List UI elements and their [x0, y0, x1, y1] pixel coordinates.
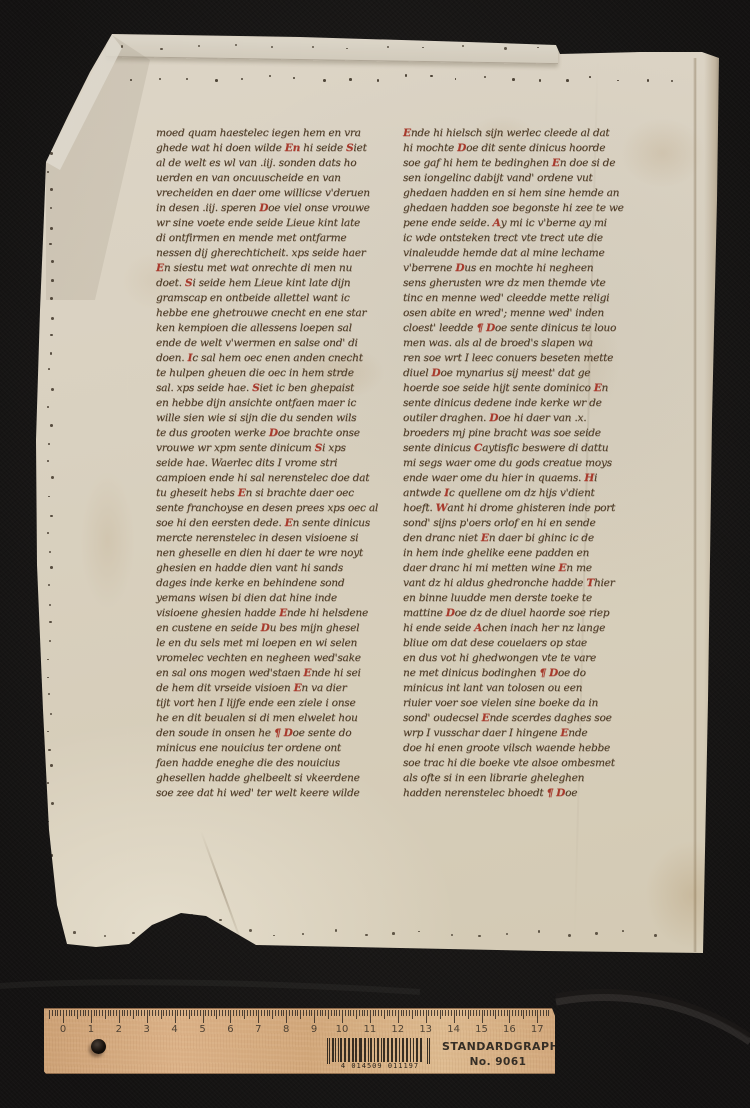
ruler-tick [250, 1010, 251, 1016]
prick-hole [49, 640, 51, 642]
prick-hole [392, 932, 395, 935]
ruler-tick [431, 1010, 432, 1016]
text-line: wrp I vusschar daer I hingene Ende [403, 726, 647, 741]
ruler-tick [124, 1010, 125, 1016]
text-line: osen abite en wred'; menne wed' inden [403, 306, 647, 321]
ruler-tick [548, 1010, 549, 1016]
prick-hole [50, 764, 53, 767]
ruler-tick [214, 1010, 215, 1016]
text-line: te hulpen gheuen die oec in hem strde [156, 366, 398, 381]
ruler-tick [85, 1010, 86, 1016]
prick-hole [159, 78, 161, 80]
barcode-bar [368, 1038, 369, 1062]
prick-hole [293, 77, 295, 79]
ruler-tick [77, 1010, 78, 1019]
prick-hole [47, 731, 49, 733]
prick-hole [647, 79, 650, 82]
ruler-tick [258, 1010, 259, 1023]
ruler-tick [96, 1010, 97, 1016]
text-line: minicus ene nouicius ter ordene ont [156, 741, 398, 756]
text-line: le en du sels met mi loepen en wi selen [156, 636, 398, 651]
ruler-tick [456, 1010, 457, 1016]
barcode-bar [416, 1038, 418, 1062]
model-label: No. 9061 [442, 1056, 554, 1068]
prick-hole [132, 932, 135, 935]
ruler-tick [83, 1010, 84, 1016]
text-line: sond' oudecsel Ende scerdes daghes soe [403, 711, 647, 726]
barcode-bar [391, 1038, 393, 1062]
barcode-bar [395, 1038, 397, 1062]
manuscript-page: moed quam haestelec iegen hem en vraghed… [0, 0, 750, 1108]
ruler-tick [345, 1010, 346, 1016]
prick-hole [455, 78, 457, 80]
barcode-bar [355, 1038, 357, 1062]
ruler-tick [155, 1010, 156, 1016]
text-column-left: moed quam haestelec iegen hem en vraghed… [156, 126, 398, 801]
ruler-tick [509, 1010, 510, 1023]
ruler-tick [127, 1010, 128, 1016]
brand-label: STANDARDGRAPH [442, 1040, 554, 1053]
ruler-tick [216, 1010, 217, 1019]
prick-hole [48, 584, 50, 586]
text-line: wille sien wie si sijn die du senden wil… [156, 411, 398, 426]
prick-hole [49, 604, 51, 606]
ruler-number: 11 [360, 1024, 380, 1035]
ruler-tick [283, 1010, 284, 1016]
prick-hole [50, 334, 53, 337]
text-line: vinaleudde hemde dat al mine lechame [403, 246, 647, 261]
ruler: 01234567891011121314151617 4 014509 0111… [44, 1008, 555, 1074]
ruler-tick [169, 1010, 170, 1016]
ruler-tick [523, 1010, 524, 1019]
ruler-number: 13 [416, 1024, 436, 1035]
text-line: daer dranc hi mi metten wine En me [403, 561, 647, 576]
ruler-tick [102, 1010, 103, 1016]
ruler-tick [91, 1010, 92, 1023]
ruler-tick [233, 1010, 234, 1016]
text-line: sente dinicus dedene inde kerke wr de [403, 396, 647, 411]
barcode-bar [383, 1038, 385, 1062]
text-line: hoeft. Want hi drome ghisteren inde port [403, 501, 647, 516]
prick-hole [430, 75, 433, 78]
ruler-tick [501, 1010, 502, 1016]
ruler-tick [166, 1010, 167, 1016]
ruler-tick [409, 1010, 410, 1016]
barcode-bar [340, 1038, 342, 1062]
text-line: dages inde kerke en behindene sond [156, 576, 398, 591]
prick-hole [219, 919, 222, 922]
text-line: hadden nerenstelec bhoedt ¶ Doe [403, 786, 647, 801]
ruler-tick [389, 1010, 390, 1016]
text-line: hoerde soe seide hijt sente dominico En [403, 381, 647, 396]
ruler-tick [521, 1010, 522, 1016]
ruler-tick [136, 1010, 137, 1016]
text-line: als ofte si in een librarie gheleghen [403, 771, 647, 786]
ruler-tick [384, 1010, 385, 1019]
barcode-bar [327, 1038, 328, 1064]
prick-hole [48, 749, 50, 751]
prick-hole [49, 243, 51, 245]
prick-hole [186, 78, 188, 80]
ruler-tick [417, 1010, 418, 1016]
ruler-tick [381, 1010, 382, 1016]
text-line: cloest' leedde ¶ Doe sente dinicus te lo… [403, 321, 647, 336]
prick-hole [51, 279, 54, 282]
prick-hole [47, 659, 49, 661]
ruler-tick [99, 1010, 100, 1016]
ruler-tick [55, 1010, 56, 1016]
ruler-number: 2 [109, 1024, 129, 1035]
prick-hole [50, 713, 52, 715]
ruler-tick [442, 1010, 443, 1016]
text-line: uerden en van oncuuscheide en van [156, 171, 398, 186]
text-line: vrecheiden en daer ome willicse v'deruen [156, 186, 398, 201]
ruler-tick [141, 1010, 142, 1016]
text-line: riuier voer soe vielen sine boeke da in [403, 696, 647, 711]
text-line: en sal ons mogen wed'staen Ende hi sei [156, 666, 398, 681]
ruler-tick [264, 1010, 265, 1016]
ruler-number: 7 [248, 1024, 268, 1035]
text-line: bliue om dat dese couelaers op stae [403, 636, 647, 651]
ruler-tick [253, 1010, 254, 1016]
ruler-tick [535, 1010, 536, 1016]
ruler-tick [322, 1010, 323, 1016]
ruler-number: 0 [53, 1024, 73, 1035]
prick-hole [335, 929, 338, 932]
ruler-tick [149, 1010, 150, 1016]
prick-hole [47, 171, 49, 173]
ruler-tick [454, 1010, 455, 1023]
text-line: sens gherusten wre dz men themde vte [403, 276, 647, 291]
ruler-tick [342, 1010, 343, 1023]
ruler-tick [440, 1010, 441, 1019]
prick-hole [51, 317, 54, 320]
text-line: mattine Doe dz de diuel haorde soe riep [403, 606, 647, 621]
ruler-tick [518, 1010, 519, 1016]
ruler-tick [356, 1010, 357, 1019]
ruler-tick [412, 1010, 413, 1019]
ruler-tick [119, 1010, 120, 1023]
text-line: ne met dinicus bodinghen ¶ Doe do [403, 666, 647, 681]
ruler-tick [479, 1010, 480, 1016]
text-line: nen gheselle en dien hi daer te wre noyt [156, 546, 398, 561]
text-line: men was. als al de broed's slapen wa [403, 336, 647, 351]
text-line: en hebbe dijn ansichte ontfaen maer ic [156, 396, 398, 411]
prick-hole [512, 78, 515, 81]
text-column-right: Ende hi hielsch sijn werlec cleede al da… [403, 126, 647, 801]
prick-hole [377, 79, 380, 82]
prick-hole [537, 47, 539, 49]
barcode-bar [344, 1038, 346, 1062]
text-line: den soude in onsen he ¶ Doe sente do [156, 726, 398, 741]
prick-hole [538, 930, 541, 933]
stain [80, 470, 135, 610]
prick-hole [271, 46, 273, 48]
photo-stage: moed quam haestelec iegen hem en vraghed… [0, 0, 750, 1108]
prick-hole [50, 297, 53, 300]
ruler-tick [334, 1010, 335, 1016]
prick-hole [346, 48, 348, 50]
ruler-tick [364, 1010, 365, 1016]
prick-hole [48, 368, 50, 370]
text-line: tijt vort hen I lijfe ende een ziele i o… [156, 696, 398, 711]
ruler-tick [423, 1010, 424, 1016]
prick-hole [50, 515, 53, 518]
text-line: en dus vot hi ghedwongen vte te vare [403, 651, 647, 666]
prick-hole [50, 352, 53, 355]
ruler-tick [512, 1010, 513, 1016]
gutter-crease [693, 58, 697, 952]
ruler-tick [163, 1010, 164, 1016]
text-line: faen hadde eneghe die des nouicius [156, 756, 398, 771]
text-line: pene ende seide. Ay mi ic v'berne ay mi [403, 216, 647, 231]
ruler-tick [278, 1010, 279, 1016]
text-line: vrouwe wr xpm sente dinicum Si xps [156, 441, 398, 456]
prick-hole [312, 46, 314, 48]
ruler-tick [350, 1010, 351, 1016]
barcode-bar [359, 1038, 362, 1062]
ruler-tick [247, 1010, 248, 1016]
prick-hole [47, 460, 49, 462]
ruler-tick [108, 1010, 109, 1016]
ruler-tick [331, 1010, 332, 1016]
text-line: di ontfirmen en mende met ontfarme [156, 231, 398, 246]
ruler-tick [448, 1010, 449, 1016]
prick-hole [349, 78, 352, 81]
ruler-tick [529, 1010, 530, 1016]
prick-hole [48, 496, 50, 498]
ruler-tick [336, 1010, 337, 1016]
prick-hole [47, 406, 49, 408]
ruler-tick [378, 1010, 379, 1016]
ruler-number: 14 [444, 1024, 464, 1035]
ruler-tick [289, 1010, 290, 1016]
prick-hole [50, 188, 53, 191]
ruler-tick [339, 1010, 340, 1016]
text-line: doe hi enen groote vilsch waende hebbe [403, 741, 647, 756]
prick-hole [506, 933, 508, 935]
ruler-tick [398, 1010, 399, 1023]
ruler-number: 10 [332, 1024, 352, 1035]
ruler-tick [370, 1010, 371, 1023]
ruler-tick [52, 1010, 53, 1016]
prick-hole [539, 79, 542, 82]
text-line: gramscap en ontbeide allettel want ic [156, 291, 398, 306]
text-line: mi segs waer ome du gods creatue moys [403, 456, 647, 471]
ruler-tick [219, 1010, 220, 1016]
prick-hole [654, 934, 657, 937]
prick-hole [73, 931, 76, 934]
ruler-tick [362, 1010, 363, 1016]
ruler-number: 8 [276, 1024, 296, 1035]
prick-hole [422, 47, 424, 49]
prick-hole [121, 45, 123, 47]
prick-hole [323, 79, 326, 82]
ruler-tick [359, 1010, 360, 1016]
text-line: wr sine voete ende seide Lieue kint late [156, 216, 398, 231]
ruler-tick [211, 1010, 212, 1016]
prick-hole [622, 930, 624, 932]
barcode-digits: 4 014509 011197 [320, 1062, 440, 1070]
ruler-tick [317, 1010, 318, 1016]
ruler-tick [295, 1010, 296, 1016]
barcode-bar [413, 1038, 414, 1062]
text-line: te dus grooten werke Doe brachte onse [156, 426, 398, 441]
text-line: doen. Ic sal hem oec enen anden cnecht [156, 351, 398, 366]
barcode-bar [387, 1038, 389, 1062]
text-line: minicus int lant van tolosen ou een [403, 681, 647, 696]
ruler-tick [88, 1010, 89, 1016]
ruler-tick [161, 1010, 162, 1019]
ruler-tick [244, 1010, 245, 1019]
prick-hole [51, 388, 54, 391]
ruler-tick [311, 1010, 312, 1016]
prick-hole [50, 566, 53, 569]
ruler-tick [537, 1010, 538, 1023]
prick-hole [462, 45, 464, 47]
prick-hole [405, 74, 408, 77]
barcode-bar [332, 1038, 334, 1062]
barcode-bar [377, 1038, 379, 1062]
barcode-bar [399, 1038, 400, 1062]
prick-hole [504, 47, 507, 50]
ruler-tick [275, 1010, 276, 1016]
barcode-bar [348, 1038, 350, 1062]
prick-hole [50, 227, 53, 230]
prick-hole [160, 48, 163, 51]
ruler-tick [60, 1010, 61, 1016]
ruler-tick [116, 1010, 117, 1016]
ruler-tick [395, 1010, 396, 1016]
ruler-tick [406, 1010, 407, 1016]
prick-hole [130, 79, 132, 81]
ruler-tick [292, 1010, 293, 1016]
ruler-tick [183, 1010, 184, 1016]
prick-hole [671, 80, 673, 82]
text-line: broeders mj pine bracht was soe seide [403, 426, 647, 441]
ruler-tick [504, 1010, 505, 1016]
ruler-tick [325, 1010, 326, 1016]
text-line: soe zee dat hi wed' ter welt keere wilde [156, 786, 398, 801]
ruler-tick [63, 1010, 64, 1023]
ruler-tick [175, 1010, 176, 1023]
prick-hole [47, 782, 49, 784]
ruler-number: 4 [165, 1024, 185, 1035]
ruler-tick [267, 1010, 268, 1016]
ruler-number: 5 [193, 1024, 213, 1035]
text-line: ic wde ontsteken trect vte trect ute die [403, 231, 647, 246]
text-line: soe hi den eersten dede. En sente dinicu… [156, 516, 398, 531]
text-line: in hem inde ghelike eene padden en [403, 546, 647, 561]
ruler-tick [80, 1010, 81, 1016]
text-line: sente franchoyse en desen prees xps oec … [156, 501, 398, 516]
prick-hole [51, 476, 54, 479]
prick-hole [47, 532, 49, 534]
text-line: tu gheseit hebs En si brachte daer oec [156, 486, 398, 501]
text-line: ghedaen hadden soe begonste hi zee te we [403, 201, 647, 216]
ruler-tick [286, 1010, 287, 1023]
ruler-tick [437, 1010, 438, 1016]
ruler-tick [189, 1010, 190, 1019]
text-line: seide hae. Waerlec dits I vrome stri [156, 456, 398, 471]
ruler-tick [242, 1010, 243, 1016]
ruler-tick [306, 1010, 307, 1016]
ruler-tick [194, 1010, 195, 1016]
ruler-number: 9 [304, 1024, 324, 1035]
ruler-tick [373, 1010, 374, 1016]
text-line: ghede wat hi doen wilde En hi seide Siet [156, 141, 398, 156]
ruler-tick [473, 1010, 474, 1016]
ruler-tick [320, 1010, 321, 1016]
barcode-bar [406, 1038, 408, 1062]
prick-hole [387, 46, 389, 48]
barcode-bar [381, 1038, 382, 1062]
text-line: en binne luudde men derste toeke te [403, 591, 647, 606]
ruler-tick [269, 1010, 270, 1016]
prick-hole [48, 443, 50, 445]
ruler-tick [493, 1010, 494, 1016]
ruler-tick [122, 1010, 123, 1016]
ruler-tick [205, 1010, 206, 1016]
text-line: vant dz hi aldus ghedronche hadde Thier [403, 576, 647, 591]
text-line: al de welt es wl van .iij. sonden dats h… [156, 156, 398, 171]
ruler-tick [272, 1010, 273, 1019]
barcode-bar [402, 1038, 404, 1062]
text-line: en custene en seide Du bes mijn ghesel [156, 621, 398, 636]
text-line: vromelec vechten en negheen wed'sake [156, 651, 398, 666]
ruler-number: 1 [81, 1024, 101, 1035]
text-line: mercte nerenstelec in desen visioene si [156, 531, 398, 546]
text-line: visioene ghesien hadde Ende hi helsdene [156, 606, 398, 621]
ruler-tick [428, 1010, 429, 1016]
prick-hole [51, 802, 54, 805]
prick-hole [215, 79, 218, 82]
ruler-tick [66, 1010, 67, 1016]
ruler-tick [482, 1010, 483, 1023]
barcode-bar [329, 1038, 330, 1064]
text-line: outiler draghen. Doe hi daer van .x. [403, 411, 647, 426]
text-line: hebbe ene ghetrouwe cnecht en ene star [156, 306, 398, 321]
ruler-tick [403, 1010, 404, 1016]
ruler-tick [451, 1010, 452, 1016]
ruler-tick [133, 1010, 134, 1019]
text-line: soe trac hi die boeke vte alsoe ombesmet [403, 756, 647, 771]
ruler-number: 6 [220, 1024, 240, 1035]
text-line: ende de welt v'wermen en salse ond' di [156, 336, 398, 351]
ruler-tick [228, 1010, 229, 1016]
ruler-tick [420, 1010, 421, 1016]
ruler-tick [203, 1010, 204, 1023]
barcode-bar [429, 1038, 430, 1064]
ruler-tick [495, 1010, 496, 1019]
ruler-tick [459, 1010, 460, 1016]
text-line: soe gaf hi hem te bedinghen En doe si de [403, 156, 647, 171]
prick-hole [50, 207, 52, 209]
prick-hole [51, 260, 54, 263]
text-line: ghedaen hadden en si hem sine hemde an [403, 186, 647, 201]
text-line: sen iongelinc dabijt vand' ordene vut [403, 171, 647, 186]
ruler-tick [314, 1010, 315, 1023]
ruler-tick [498, 1010, 499, 1016]
ruler-tick [303, 1010, 304, 1016]
prick-hole [269, 75, 272, 78]
ruler-tick [130, 1010, 131, 1016]
text-line: sond' sijns p'oers orlof en hi en sende [403, 516, 647, 531]
prick-hole [104, 935, 107, 938]
barcode-bar [338, 1038, 339, 1062]
ruler-tick [348, 1010, 349, 1016]
text-line: Ende hi hielsch sijn werlec cleede al da… [403, 126, 647, 141]
